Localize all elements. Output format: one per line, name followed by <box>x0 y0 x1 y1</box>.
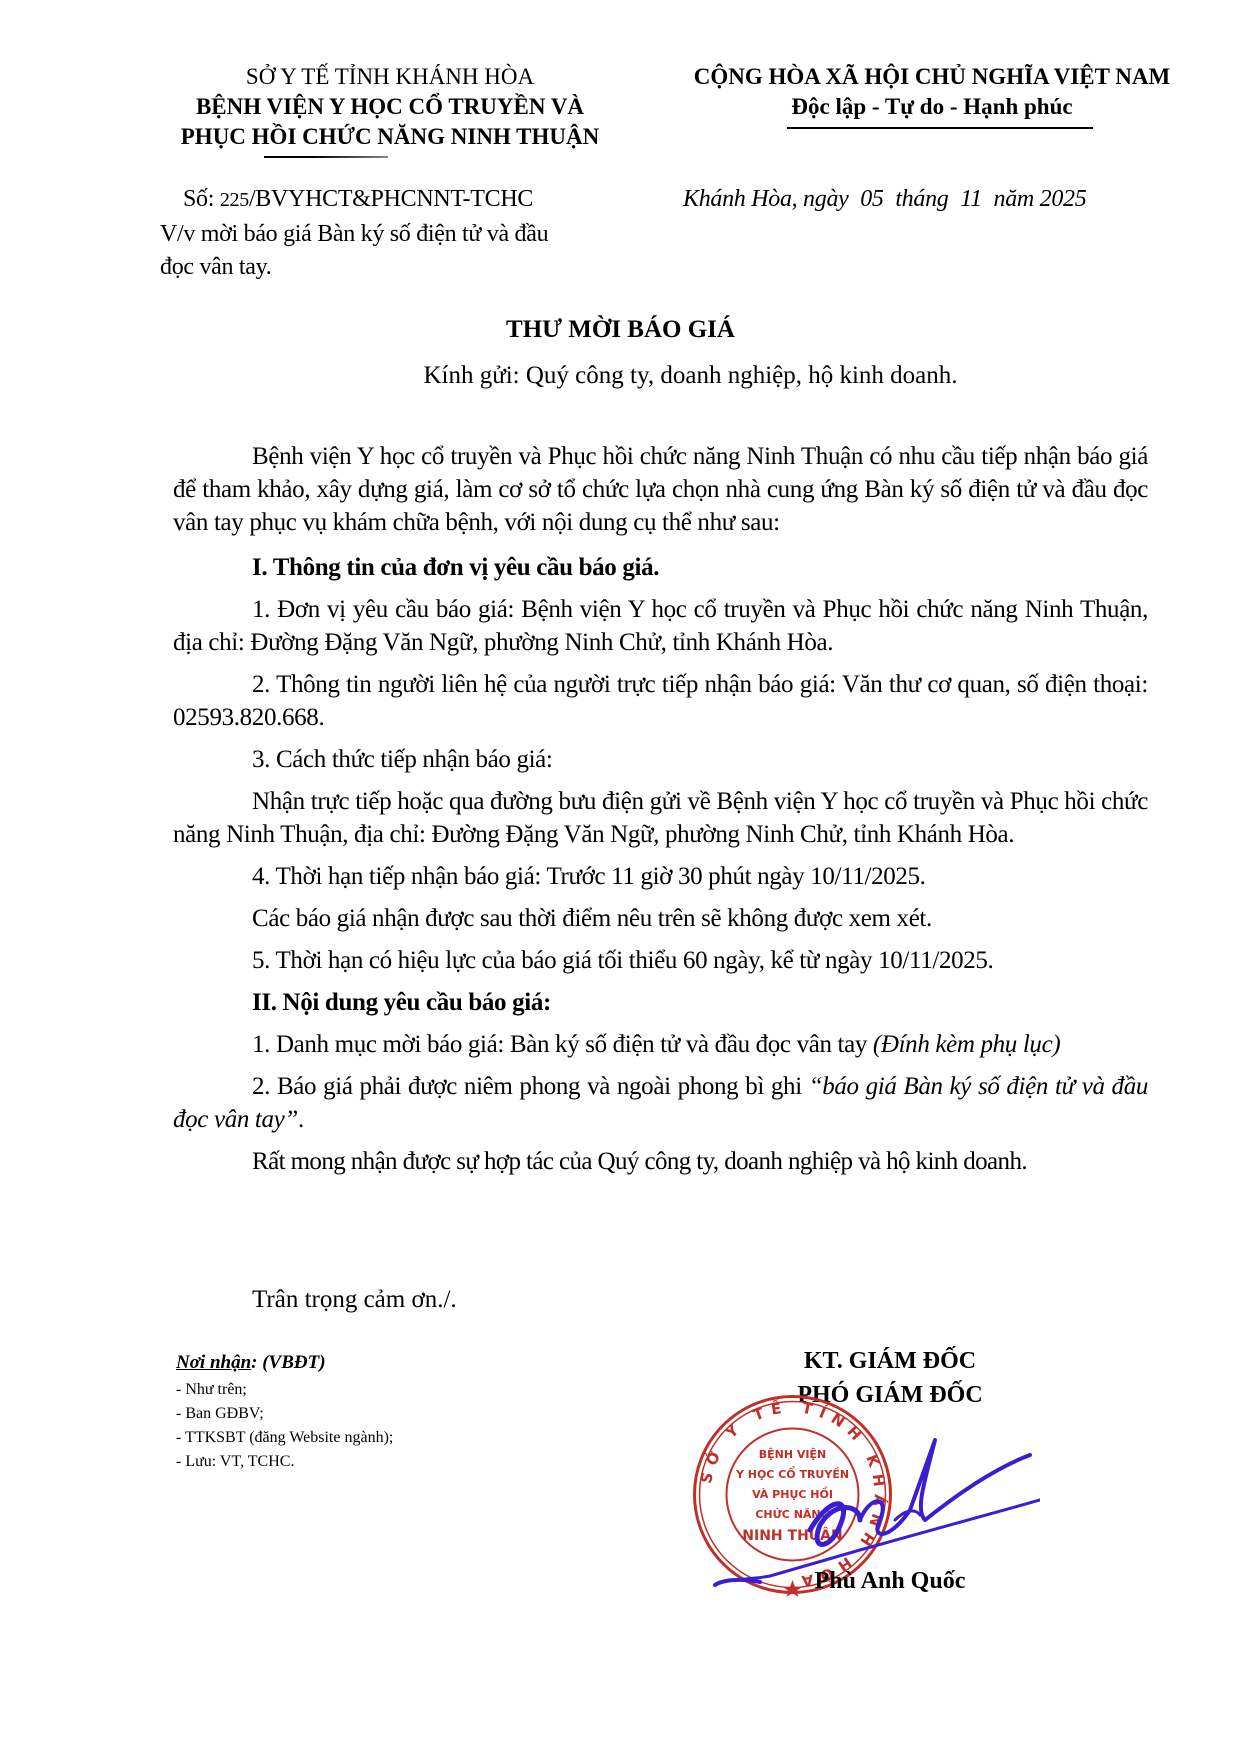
intro-paragraph: Bệnh viện Y học cổ truyền và Phục hồi ch… <box>173 440 1148 539</box>
agency-name-line2: PHỤC HỒI CHỨC NĂNG NINH THUẬN <box>140 122 640 152</box>
recipients-block: Nơi nhận: (VBĐT) - Như trên; - Ban GĐBV;… <box>176 1348 393 1474</box>
date-place: Khánh Hòa, ngày <box>683 186 849 212</box>
issue-date: Khánh Hòa, ngày 05 tháng 11 năm 2025 <box>683 186 1086 213</box>
thanks-line: Trân trọng cảm ơn./. <box>252 1286 457 1314</box>
closing-paragraph: Rất mong nhận được sự hợp tác của Quý cô… <box>173 1145 1148 1178</box>
section-1-item-4: 4. Thời hạn tiếp nhận báo giá: Trước 11 … <box>173 860 1148 893</box>
section-2-item-2: 2. Báo giá phải được niêm phong và ngoài… <box>173 1070 1148 1136</box>
agency-underline <box>264 156 388 158</box>
issuing-agency: SỞ Y TẾ TỈNH KHÁNH HÒA BỆNH VIỆN Y HỌC C… <box>140 62 640 152</box>
recipients-label-suffix: : (VBĐT) <box>251 1352 325 1373</box>
parent-agency: SỞ Y TẾ TỈNH KHÁNH HÒA <box>140 62 640 92</box>
document-subject: V/v mời báo giá Bàn ký số điện tử và đầu… <box>160 218 660 284</box>
document-body: Bệnh viện Y học cổ truyền và Phục hồi ch… <box>173 440 1148 1187</box>
national-header: CỘNG HÒA XÃ HỘI CHỦ NGHĨA VIỆT NAM Độc l… <box>662 62 1202 122</box>
document-number: Số: 225/BVYHCT&PHCNNT-TCHC <box>183 186 533 213</box>
section-2-item-1: 1. Danh mục mời báo giá: Bàn ký số điện … <box>173 1028 1148 1061</box>
date-year: 2025 <box>1040 186 1087 212</box>
section-1-item-3: 3. Cách thức tiếp nhận báo giá: <box>173 743 1148 776</box>
national-motto: Độc lập - Tự do - Hạnh phúc <box>662 92 1202 122</box>
s2-item1-text: 1. Danh mục mời báo giá: Bàn ký số điện … <box>252 1031 873 1058</box>
section-1-item-4-note: Các báo giá nhận được sau thời điểm nêu … <box>173 902 1148 935</box>
section-1-item-3-detail: Nhận trực tiếp hoặc qua đường bưu điện g… <box>173 785 1148 851</box>
section-1-item-1: 1. Đơn vị yêu cầu báo giá: Bệnh viện Y h… <box>173 593 1148 659</box>
section-1-heading: I. Thông tin của đơn vị yêu cầu báo giá. <box>173 551 1148 584</box>
s2-item1-attachment-note: (Đính kèm phụ lục) <box>873 1031 1060 1058</box>
signer-name: Phù Anh Quốc <box>700 1568 1080 1595</box>
section-1-item-2: 2. Thông tin người liên hệ của người trự… <box>173 668 1148 734</box>
date-year-label: năm <box>994 186 1034 212</box>
recipient-item: - Ban GĐBV; <box>176 1402 393 1426</box>
recipients-label-text: Nơi nhận <box>176 1352 251 1373</box>
subject-line1: V/v mời báo giá Bàn ký số điện tử và đầu <box>160 218 660 251</box>
date-month-label: tháng <box>895 186 948 212</box>
section-1-item-5: 5. Thời hạn có hiệu lực của báo giá tối … <box>173 944 1148 977</box>
s2-item2-end: . <box>298 1106 304 1133</box>
recipients-label: Nơi nhận: (VBĐT) <box>176 1348 393 1378</box>
ref-label: Số: <box>183 186 214 212</box>
recipient-item: - Như trên; <box>176 1378 393 1402</box>
section-2-heading: II. Nội dung yêu cầu báo giá: <box>173 986 1148 1019</box>
signer-title-line1: KT. GIÁM ĐỐC <box>700 1344 1080 1378</box>
date-day: 05 <box>860 186 883 212</box>
nation-name: CỘNG HÒA XÃ HỘI CHỦ NGHĨA VIỆT NAM <box>662 62 1202 92</box>
date-month: 11 <box>960 186 982 212</box>
subject-line2: đọc vân tay. <box>160 251 660 284</box>
recipient-item: - TTKSBT (đăng Website ngành); <box>176 1426 393 1450</box>
document-title: THƯ MỜI BÁO GIÁ <box>0 316 1241 344</box>
ref-code: /BVYHCT&PHCNNT-TCHC <box>249 186 533 212</box>
greeting: Kính gửi: Quý công ty, doanh nghiệp, hộ … <box>0 362 1241 390</box>
ref-number: 225 <box>220 189 249 211</box>
s2-item2-text: 2. Báo giá phải được niêm phong và ngoài… <box>252 1073 809 1100</box>
motto-underline <box>787 127 1093 129</box>
recipient-item: - Lưu: VT, TCHC. <box>176 1450 393 1474</box>
agency-name-line1: BỆNH VIỆN Y HỌC CỔ TRUYỀN VÀ <box>140 92 640 122</box>
